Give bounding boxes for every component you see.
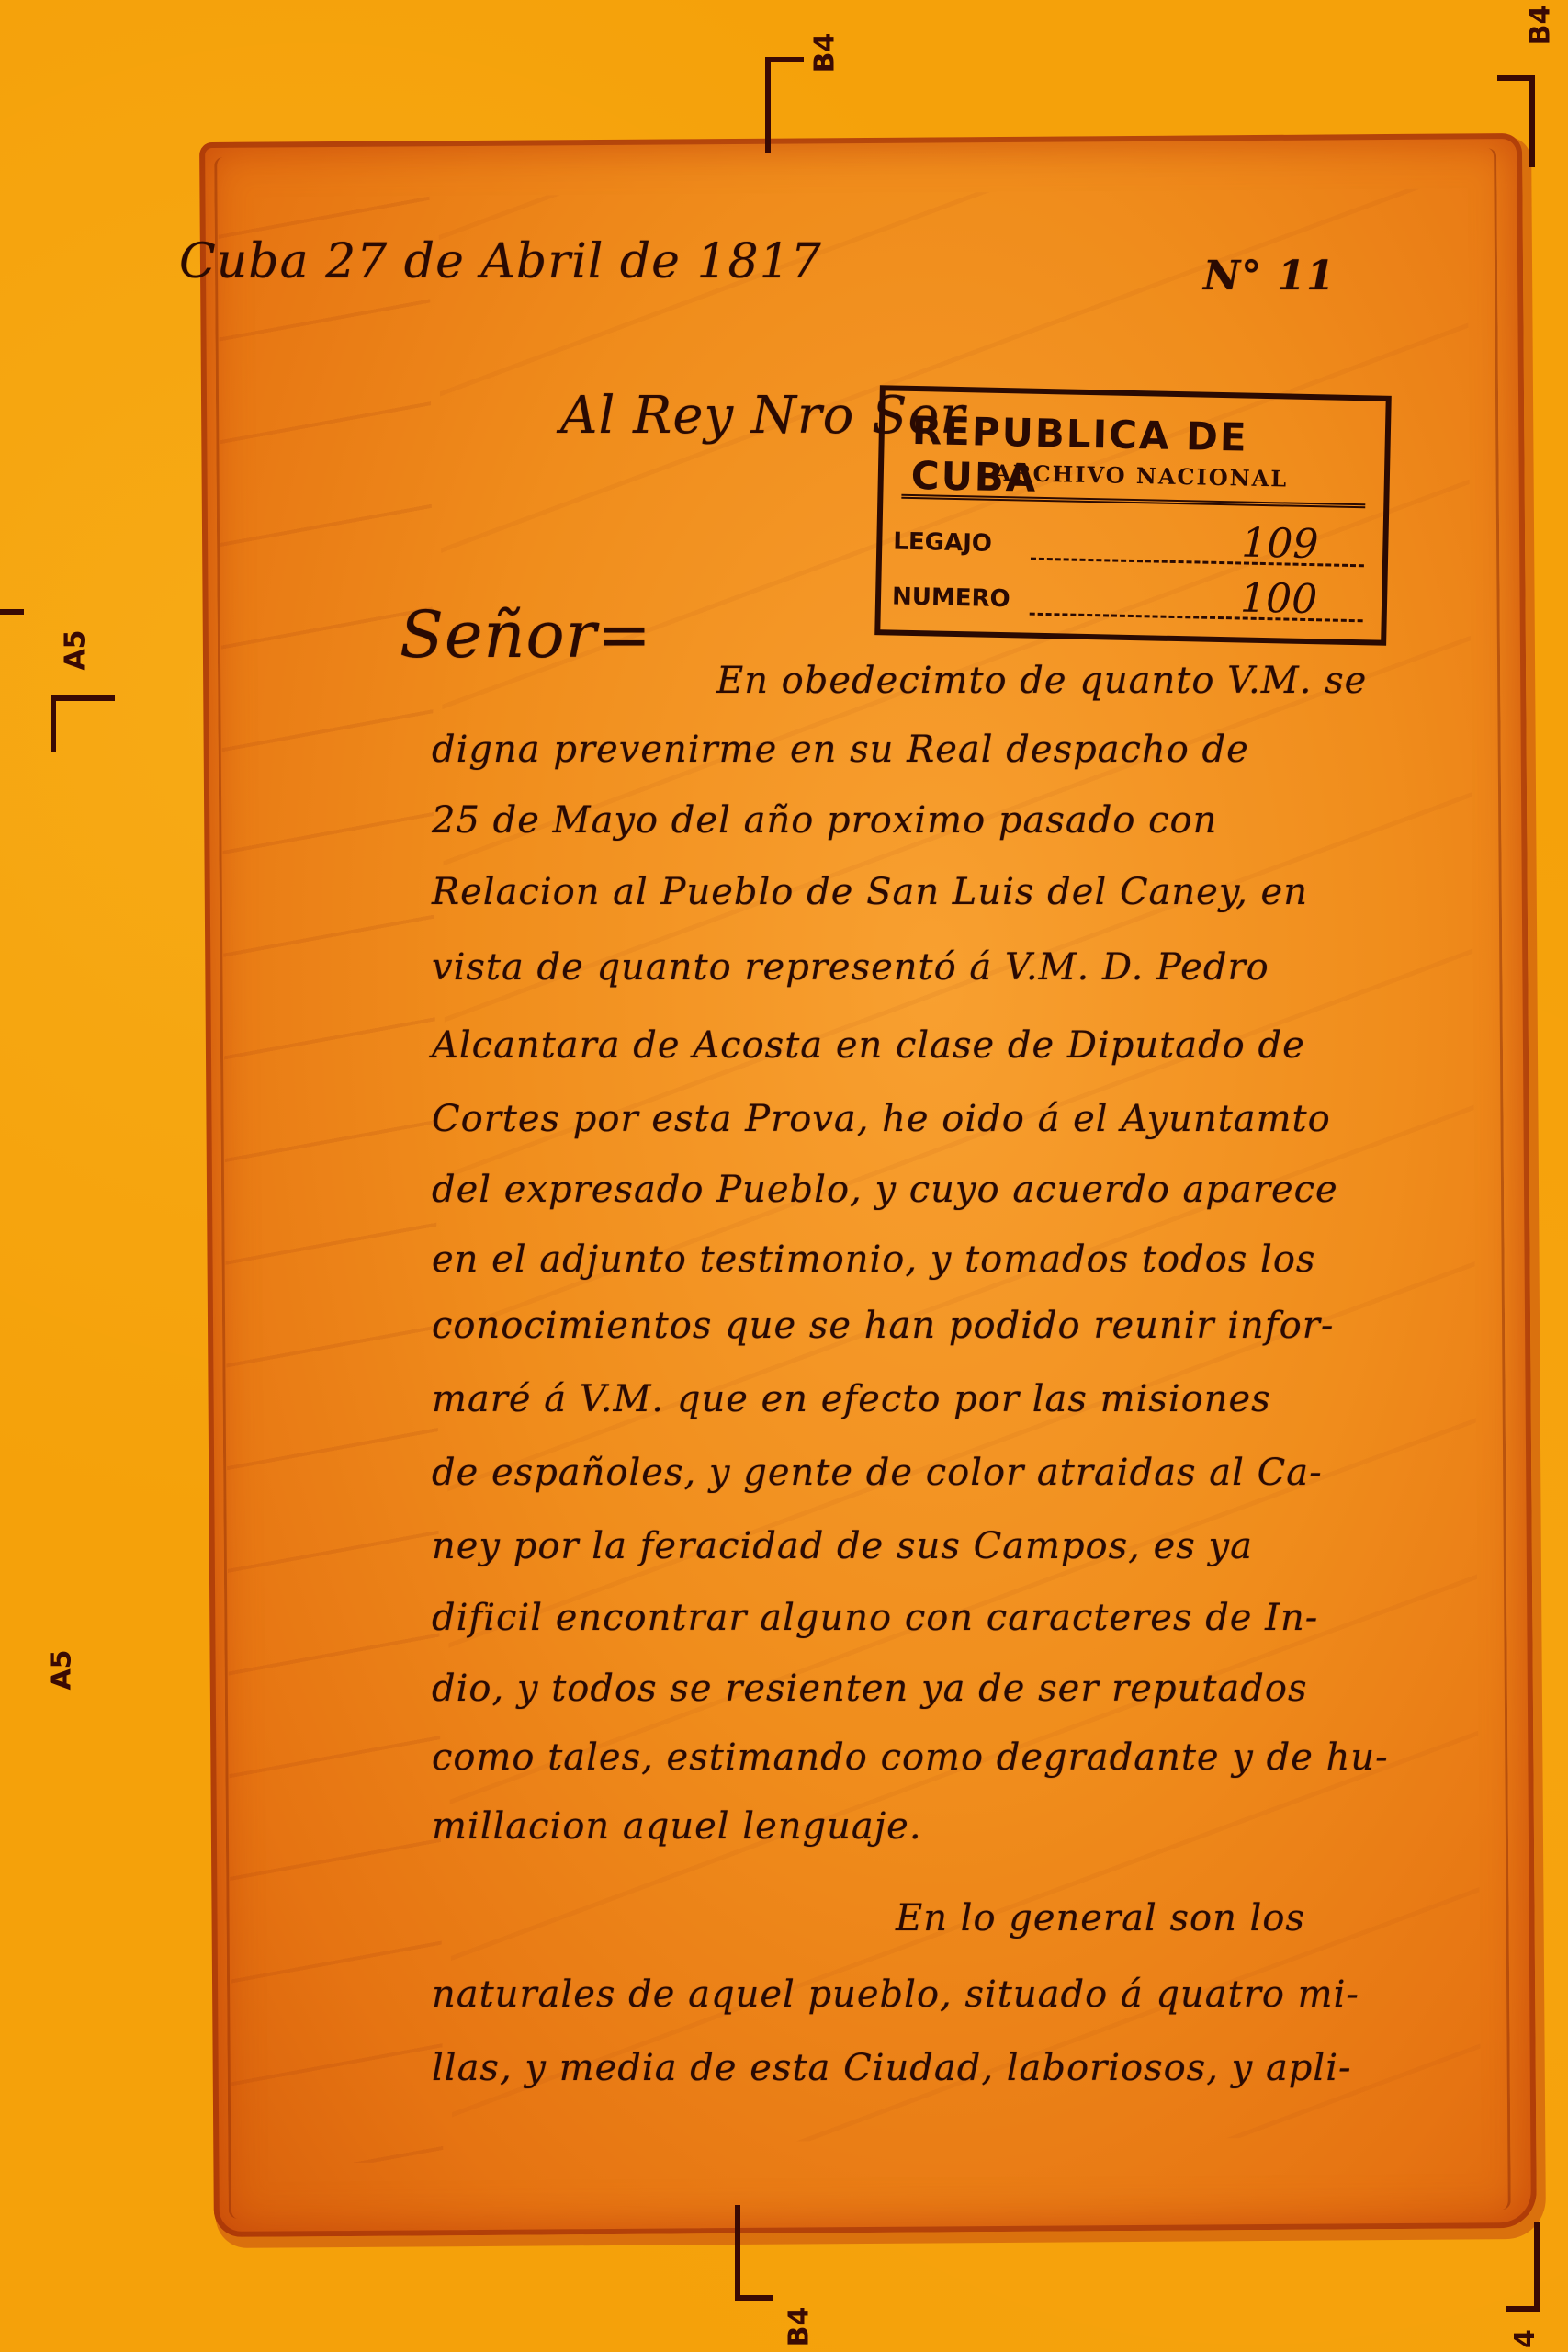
crop-mark-left-a5 bbox=[0, 609, 24, 615]
body-line: Alcantara de Acosta en clase de Diputado… bbox=[432, 1024, 1305, 1067]
body-line: de españoles, y gente de color atraidas … bbox=[432, 1452, 1323, 1494]
date-line: Cuba 27 de Abril de 1817 bbox=[179, 234, 822, 289]
bleed-through-margin bbox=[218, 177, 443, 2164]
body-line: dio, y todos se resienten ya de ser repu… bbox=[432, 1668, 1307, 1710]
crop-mark-left-a5 bbox=[51, 695, 56, 752]
body-line: En obedecimto de quanto V.M. se bbox=[716, 660, 1367, 702]
crop-label-bottom-right: 4 bbox=[1509, 2329, 1541, 2348]
crop-mark-top-right bbox=[1497, 75, 1534, 81]
paragraph-2-line: naturales de aquel pueblo, situado á qua… bbox=[432, 1973, 1359, 2016]
crop-mark-bottom-left bbox=[735, 2205, 740, 2301]
body-line: maré á V.M. que en efecto por las mision… bbox=[432, 1378, 1271, 1420]
body-line: conocimientos que se han podido reunir i… bbox=[432, 1305, 1334, 1347]
crop-label-top-b4: B4 bbox=[808, 33, 840, 73]
crop-mark-top-left bbox=[765, 57, 771, 153]
body-line: Cortes por esta Prova, he oido á el Ayun… bbox=[432, 1098, 1331, 1140]
crop-label-top-right-b4: B4 bbox=[1524, 6, 1556, 46]
crop-mark-top-left bbox=[765, 57, 804, 62]
crop-label-left-a5: A5 bbox=[60, 629, 92, 670]
stamp-row-numero: NUMERO 100 bbox=[892, 571, 1364, 627]
crop-mark-bottom-right bbox=[1506, 2306, 1540, 2312]
stamp-value-legajo: 109 bbox=[1241, 519, 1319, 568]
crop-mark-top-right bbox=[1529, 75, 1535, 167]
paragraph-2-line: llas, y media de esta Ciudad, laboriosos… bbox=[432, 2047, 1352, 2089]
crop-label-left-a5-lower: A5 bbox=[46, 1649, 78, 1690]
stamp-row-legajo: LEGAJO 109 bbox=[893, 515, 1365, 571]
crop-mark-bottom-left bbox=[735, 2295, 773, 2301]
salutation: Señor= bbox=[400, 597, 652, 673]
stamp-label-legajo: LEGAJO bbox=[893, 528, 992, 558]
body-line: en el adjunto testimonio, y tomados todo… bbox=[432, 1238, 1315, 1281]
crop-mark-left-a5 bbox=[51, 695, 115, 701]
stamp-title: REPUBLICA DE CUBA bbox=[910, 408, 1385, 508]
body-line: digna prevenirme en su Real despacho de bbox=[432, 729, 1249, 771]
body-line: millacion aquel lenguaje. bbox=[432, 1805, 922, 1848]
body-line: del expresado Pueblo, y cuyo acuerdo apa… bbox=[432, 1169, 1338, 1211]
crop-label-bottom-b4: B4 bbox=[783, 2307, 815, 2347]
stamp-value-numero: 100 bbox=[1240, 574, 1318, 623]
body-line: 25 de Mayo del año proximo pasado con bbox=[432, 799, 1217, 842]
archive-stamp: REPUBLICA DE CUBA ARCHIVO NACIONAL LEGAJ… bbox=[874, 385, 1392, 646]
body-line: vista de quanto representó á V.M. D. Ped… bbox=[432, 946, 1269, 989]
crop-mark-bottom-right bbox=[1534, 2222, 1540, 2312]
folio-number: N° 11 bbox=[1203, 253, 1336, 300]
body-line: ney por la feracidad de sus Campos, es y… bbox=[432, 1525, 1253, 1567]
body-line: dificil encontrar alguno con caracteres … bbox=[432, 1597, 1318, 1639]
body-line: como tales, estimando como degradante y … bbox=[432, 1736, 1389, 1779]
body-line: Relacion al Pueblo de San Luis del Caney… bbox=[432, 871, 1308, 913]
stamp-label-numero: NUMERO bbox=[892, 583, 1010, 614]
paragraph-2-line: En lo general son los bbox=[896, 1897, 1305, 1939]
